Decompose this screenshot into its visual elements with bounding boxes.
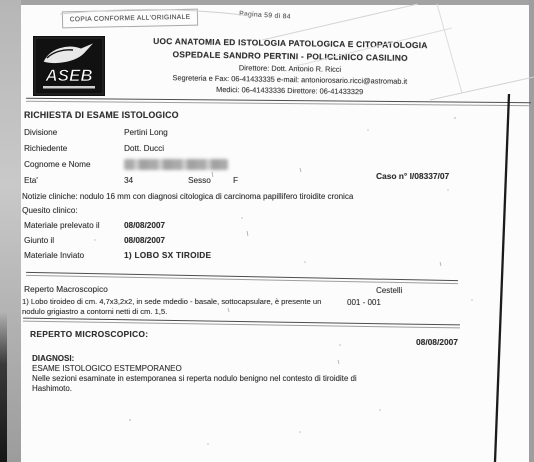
sex-value: F [233,176,238,185]
age-value: 34 [124,176,133,185]
macroscopic-text-line1: 1) Lobo tiroideo di cm. 4,7x3,2x2, in se… [22,297,321,306]
diagnosis-text-line1: Nelle sezioni esaminate in estemporanea … [32,374,357,383]
diagnosis-text-line2: Hashimoto. [32,384,72,393]
received-date-value: 08/08/2007 [124,236,165,245]
scan-crease-line [495,94,509,462]
section-title-microscopic: REPERTO MICROSCOPICO: [30,329,148,339]
section-title-request: RICHIESTA DI ESAME ISTOLOGICO [24,110,179,120]
case-number: Caso n° I/08337/07 [376,171,449,181]
clinical-question-label: Quesito clinico: [22,206,78,215]
hospital-header: UOC ANATOMIA ED ISTOLOGIA PATOLOGICA E C… [108,34,473,99]
asl-logo: ASEB [33,36,105,96]
page-number: Pagina 59 di 84 [239,10,291,20]
requester-label: Richiedente [24,144,67,153]
separator-rule [26,272,458,284]
sex-label: Sesso [188,176,211,185]
separator-rule [26,98,531,106]
copy-conform-stamp: COPIA CONFORME ALL'ORIGINALE [62,9,198,29]
sampled-date-value: 08/08/2007 [124,221,165,230]
received-date-label: Giunto il [24,236,54,245]
age-label: Eta' [24,176,38,185]
asl-logo-text: ASEB [44,66,92,85]
patient-name-label: Cognome e Nome [24,160,90,169]
scan-edge-right [529,0,534,462]
exam-type: ESAME ISTOLOGICO ESTEMPORANEO [32,364,182,373]
clinical-notes: Notizie cliniche: nodulo 16 mm con diagn… [22,192,353,201]
division-value: Pertini Long [124,128,168,137]
material-sent-value: 1) LOBO SX TIROIDE [124,251,211,260]
sampled-date-label: Materiale prelevato il [24,221,100,230]
requester-value: Dott. Ducci [124,144,164,153]
patient-name-redacted [124,159,228,170]
asl-logo-graphic: ASEB [33,36,105,96]
division-label: Divisione [24,128,57,137]
material-sent-label: Materiale Inviato [24,251,84,260]
pathologist-name: Cestelli [376,286,402,295]
report-date: 08/08/2007 [416,337,458,347]
diagnosis-label: DIAGNOSI: [32,354,74,363]
separator-rule [23,318,460,329]
stamp-text: COPIA CONFORME ALL'ORIGINALE [70,14,191,24]
block-code: 001 - 001 [347,298,381,307]
section-title-macroscopic: Reperto Macroscopico [24,284,108,294]
macroscopic-text-line2: nodulo grigiastro a contorni netti di cm… [22,307,167,316]
scan-edge-top [0,0,534,5]
scanned-document-page: COPIA CONFORME ALL'ORIGINALE Pagina 59 d… [0,0,534,462]
scan-edge-left-shadow [0,312,7,462]
